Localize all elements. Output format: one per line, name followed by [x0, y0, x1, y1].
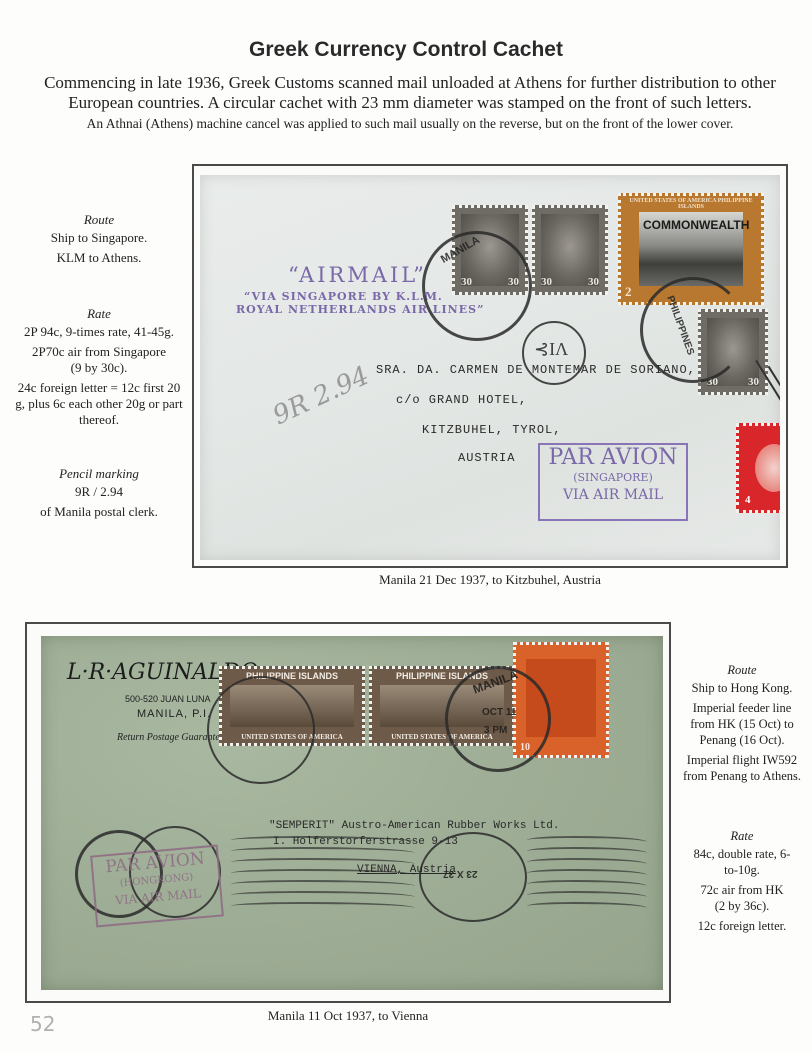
pencil-marking: 9R 2.94	[268, 361, 373, 431]
stamp-30c: 3030	[532, 205, 608, 295]
pencil-page-number: 52	[30, 1012, 55, 1036]
route-line: Ship to Hong Kong.	[672, 680, 812, 696]
athens-machine-cancel-dial: 23 X 37	[419, 832, 527, 922]
rate-line: 2P70c air from Singapore (9 by 30c).	[8, 344, 190, 376]
rate-line: 24c foreign letter = 12c first 20 g, plu…	[8, 380, 190, 428]
route-heading: Route	[8, 212, 190, 228]
cover1-envelope: “AIRMAIL” “VIA SINGAPORE BY K.L.M. ROYAL…	[200, 175, 780, 560]
par-avion-cachet: PAR AVION (SINGAPORE) VIA AIR MAIL	[538, 443, 688, 521]
rate-line: 2P 94c, 9-times rate, 41-45g.	[8, 324, 190, 340]
cover1-frame: “AIRMAIL” “VIA SINGAPORE BY K.L.M. ROYAL…	[192, 164, 788, 568]
page-title: Greek Currency Control Cachet	[0, 38, 812, 62]
cover1-sidebar: Route Ship to Singapore. KLM to Athens. …	[8, 212, 190, 524]
manila-postmark: MANILA	[422, 231, 532, 341]
pencil-line: of Manila postal clerk.	[8, 504, 190, 520]
stamp-4c: 44	[736, 423, 780, 513]
airmail-cachet: “AIRMAIL”	[288, 263, 427, 287]
rate-line: 72c air from HK (2 by 36c).	[672, 882, 812, 914]
par-avion-cachet: PAR AVION (HONGKONG) VIA AIR MAIL	[90, 845, 224, 928]
address-line: KITZBUHEL, TYROL,	[422, 423, 561, 437]
manila-postmark	[207, 676, 315, 784]
route-line: Imperial feeder line from HK (15 Oct) to…	[672, 700, 812, 748]
address-line: SRA. DA. CARMEN DE MONTEMAR DE SORIANO,	[376, 363, 696, 377]
cover2-frame: L·R·AGUINALDO & Co., Inc. 500-520 JUAN L…	[25, 622, 671, 1003]
intro-line-1: Commencing in late 1936, Greek Customs s…	[40, 73, 780, 93]
intro-paragraph: Commencing in late 1936, Greek Customs s…	[40, 73, 780, 113]
address-line: c/o GRAND HOTEL,	[396, 393, 527, 407]
pencil-marking-heading: Pencil marking	[8, 466, 190, 482]
cover2-envelope: L·R·AGUINALDO & Co., Inc. 500-520 JUAN L…	[41, 636, 663, 990]
rate-heading: Rate	[8, 306, 190, 322]
rate-heading: Rate	[672, 828, 812, 844]
intro-line-2: European countries. A circular cachet wi…	[40, 93, 780, 113]
route-heading: Route	[672, 662, 812, 678]
cover1-caption: Manila 21 Dec 1937, to Kitzbuhel, Austri…	[192, 572, 788, 588]
rate-line: 84c, double rate, 6-to-10g.	[672, 846, 812, 878]
address-line: AUSTRIA	[458, 451, 515, 465]
address-line: "SEMPERIT" Austro-American Rubber Works …	[269, 820, 559, 832]
cover2-caption: Manila 11 Oct 1937, to Vienna	[25, 1008, 671, 1024]
cover2-sidebar: Route Ship to Hong Kong. Imperial feeder…	[672, 662, 812, 938]
rate-line: 12c foreign letter.	[672, 918, 812, 934]
airmail-cachet-line2: “VIA SINGAPORE BY K.L.M.	[244, 290, 443, 303]
route-line: KLM to Athens.	[8, 250, 190, 266]
sender-address-2: MANILA, P.I.	[137, 708, 211, 720]
manila-postmark: MANILA OCT 11 3 PM	[445, 666, 551, 772]
pencil-line: 9R / 2.94	[8, 484, 190, 500]
route-line: Imperial flight IW592 from Penang to Ath…	[672, 752, 812, 784]
route-line: Ship to Singapore.	[8, 230, 190, 246]
sender-address-1: 500-520 JUAN LUNA	[125, 694, 211, 704]
machine-cancel-note: An Athnai (Athens) machine cancel was ap…	[40, 116, 780, 132]
